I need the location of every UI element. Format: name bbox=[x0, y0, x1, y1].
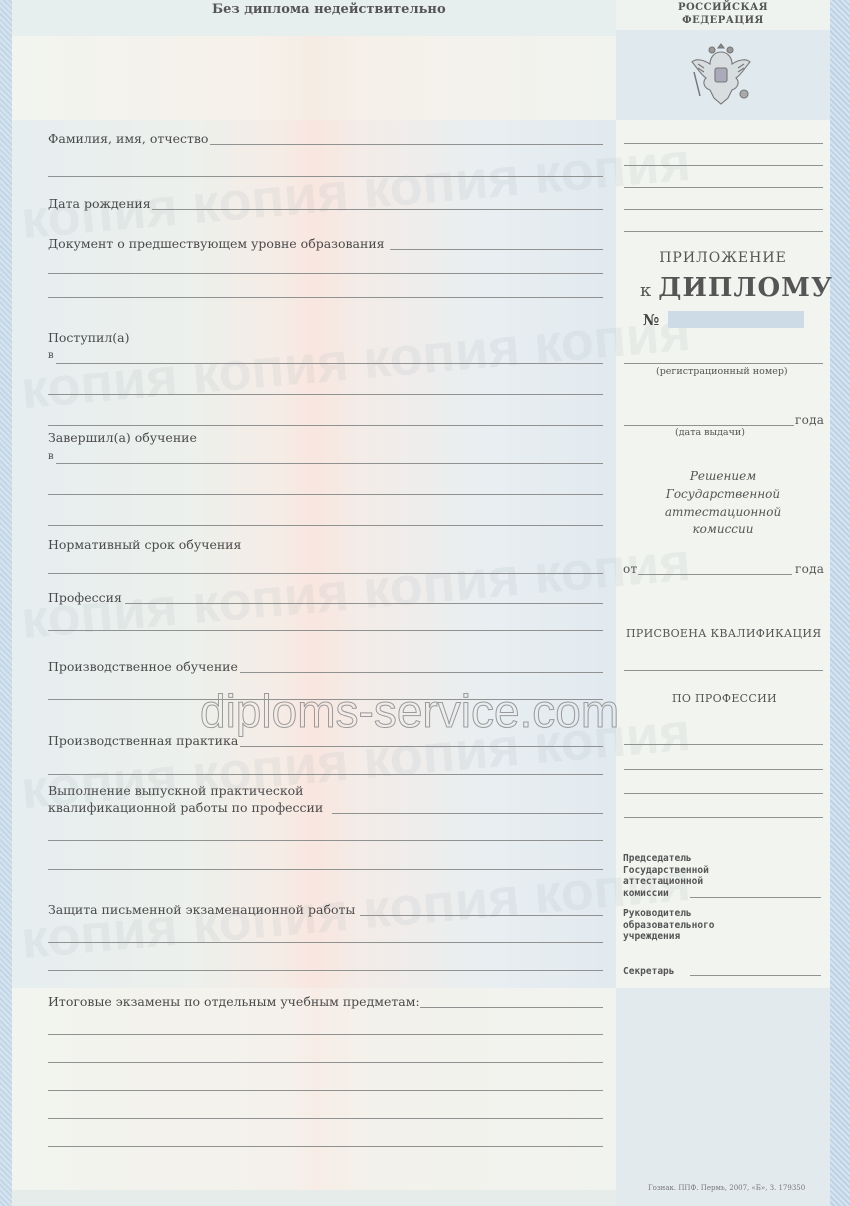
from-word: от bbox=[623, 562, 637, 576]
profession-right-line-2 bbox=[624, 769, 823, 770]
number-sign: № bbox=[643, 311, 659, 329]
final-work-line-2 bbox=[48, 840, 603, 841]
label-profession: Профессия bbox=[48, 590, 122, 605]
production-training-line bbox=[240, 672, 603, 673]
right-line-5 bbox=[624, 231, 823, 232]
by-profession: ПО ПРОФЕССИИ bbox=[672, 692, 777, 705]
diploma-word: ДИПЛОМУ bbox=[658, 273, 833, 303]
full-name-line-2 bbox=[48, 176, 603, 177]
finished-line-3 bbox=[48, 525, 603, 526]
decision-line4: комиссии bbox=[616, 520, 830, 539]
label-normative-term: Нормативный срок обучения bbox=[48, 537, 241, 552]
finished-line-2 bbox=[48, 494, 603, 495]
label-written-defense: Защита письменной экзаменационной работы bbox=[48, 902, 355, 917]
final-exams-line-4 bbox=[48, 1090, 603, 1091]
issue-date-caption: (дата выдачи) bbox=[675, 427, 745, 438]
chairman-label: Председатель Государственной аттестацион… bbox=[623, 853, 709, 899]
left-security-border bbox=[0, 0, 12, 1206]
right-line-4 bbox=[624, 209, 823, 210]
chairman-signature-line bbox=[690, 897, 821, 898]
qualification-line bbox=[624, 670, 823, 671]
final-work-line bbox=[332, 813, 603, 814]
label-previous-education-doc: Документ о предшествующем уровне образов… bbox=[48, 236, 385, 251]
enrolled-line-2 bbox=[48, 394, 603, 395]
decision-line1: Решением bbox=[616, 467, 830, 486]
appendix-title: ПРИЛОЖЕНИЕ bbox=[616, 250, 830, 266]
to-diploma-title: кДИПЛОМУ bbox=[640, 273, 833, 303]
year-word: года bbox=[795, 413, 824, 427]
written-defense-line-2 bbox=[48, 942, 603, 943]
secretary-label: Секретарь bbox=[623, 966, 674, 978]
label-in-finished: в bbox=[48, 451, 54, 462]
enrolled-line bbox=[56, 363, 603, 364]
site-watermark: diploms-service.com bbox=[200, 684, 619, 738]
right-line-1 bbox=[624, 143, 823, 144]
issue-date-line bbox=[624, 425, 794, 426]
final-work-line-3 bbox=[48, 869, 603, 870]
label-enrolled: Поступил(а) bbox=[48, 330, 130, 345]
profession-line-2 bbox=[48, 630, 603, 631]
profession-right-line-3 bbox=[624, 793, 823, 794]
label-finished: Завершил(а) обучение bbox=[48, 430, 197, 445]
label-final-work-line1: Выполнение выпускной практической bbox=[48, 783, 304, 798]
final-exams-line-2 bbox=[48, 1034, 603, 1035]
final-exams-line-3 bbox=[48, 1062, 603, 1063]
year-word-2: года bbox=[795, 562, 824, 576]
profession-right-line-1 bbox=[624, 744, 823, 745]
final-exams-line-5 bbox=[48, 1118, 603, 1119]
right-line-2 bbox=[624, 165, 823, 166]
right-line-3 bbox=[624, 187, 823, 188]
enrolled-line-3 bbox=[48, 425, 603, 426]
to-word: к bbox=[640, 280, 652, 301]
full-name-line bbox=[210, 144, 603, 145]
previous-education-line-2 bbox=[48, 273, 603, 274]
country-name-line1: РОССИЙСКАЯ bbox=[616, 1, 830, 14]
diploma-appendix-page: копия копия копия копия копия копия копи… bbox=[0, 0, 850, 1206]
previous-education-line-3 bbox=[48, 297, 603, 298]
finished-line bbox=[56, 463, 603, 464]
written-defense-line bbox=[360, 915, 603, 916]
diploma-number-field bbox=[668, 311, 804, 328]
profession-right-line-4 bbox=[624, 817, 823, 818]
previous-education-line bbox=[390, 249, 603, 250]
head-of-institution-label: Руководитель образовательного учреждения bbox=[623, 908, 715, 943]
label-full-name: Фамилия, имя, отчество bbox=[48, 131, 208, 146]
written-defense-line-3 bbox=[48, 970, 603, 971]
label-production-training: Производственное обучение bbox=[48, 659, 238, 674]
label-final-work-line2: квалификационной работы по профессии bbox=[48, 800, 323, 815]
decision-line2: Государственной bbox=[616, 485, 830, 504]
label-final-exams: Итоговые экзамены по отдельным учебным п… bbox=[48, 994, 420, 1009]
double-headed-eagle-emblem-icon bbox=[684, 38, 758, 112]
birth-date-line bbox=[152, 209, 603, 210]
right-security-border bbox=[830, 0, 850, 1206]
country-name-line2: ФЕДЕРАЦИЯ bbox=[616, 14, 830, 27]
bottom-band bbox=[12, 1190, 616, 1206]
secretary-signature-line bbox=[690, 975, 821, 976]
right-bottom-band bbox=[616, 988, 830, 1206]
label-in-enrolled: в bbox=[48, 350, 54, 361]
normative-term-line bbox=[48, 573, 603, 574]
final-exams-line bbox=[420, 1007, 603, 1008]
printer-imprint: Гознак. ППФ. Пермь, 2007, «Б», З. 179350 bbox=[648, 1184, 805, 1192]
exams-area bbox=[12, 988, 616, 1190]
qualification-assigned: ПРИСВОЕНА КВАЛИФИКАЦИЯ bbox=[626, 627, 822, 640]
production-practice-line-2 bbox=[48, 774, 603, 775]
decision-date-line bbox=[638, 574, 792, 575]
production-practice-line bbox=[240, 746, 603, 747]
registration-number-line bbox=[624, 363, 823, 364]
label-birth-date: Дата рождения bbox=[48, 196, 151, 211]
profession-line bbox=[125, 603, 603, 604]
registration-number-caption: (регистрационный номер) bbox=[656, 366, 788, 377]
invalid-without-diploma-note: Без диплома недействительно bbox=[212, 2, 446, 17]
final-exams-line-6 bbox=[48, 1146, 603, 1147]
upper-blank-area bbox=[12, 36, 616, 120]
